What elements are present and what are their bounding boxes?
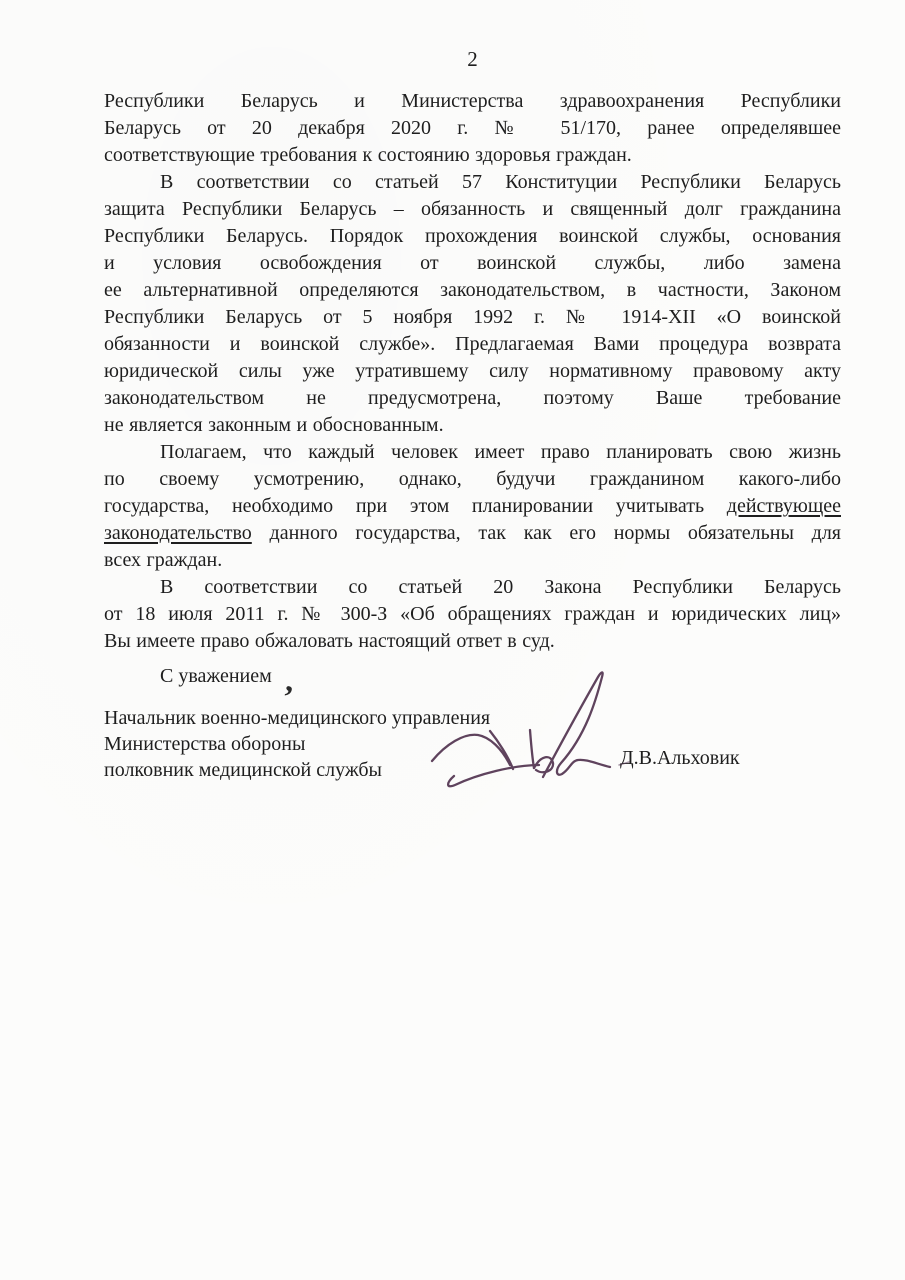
text-line: защита Республики Беларусь – обязанность… (104, 196, 841, 223)
page-number: 2 (104, 46, 841, 73)
text-line: по своему усмотрению, однако, будучи гра… (104, 466, 841, 493)
paragraph: В соответствии со статьей 57 Конституции… (104, 169, 841, 439)
text-line: Вы имеете право обжаловать настоящий отв… (104, 628, 841, 655)
paragraph: Полагаем, что каждый человек имеет право… (104, 439, 841, 574)
text-line: обязанности и воинской службе». Предлага… (104, 331, 841, 358)
text-line: и условия освобождения от воинской служб… (104, 250, 841, 277)
text-line: Республики Беларусь от 5 ноября 1992 г. … (104, 304, 841, 331)
text-line: Беларусь от 20 декабря 2020 г. № 51/170,… (104, 115, 841, 142)
text-line: не является законным и обоснованным. (104, 412, 841, 439)
paragraph: Республики Беларусь и Министерства здрав… (104, 88, 841, 169)
text-line: Республики Беларусь. Порядок прохождения… (104, 223, 841, 250)
text-line: Полагаем, что каждый человек имеет право… (104, 439, 841, 466)
text-line: Республики Беларусь и Министерства здрав… (104, 88, 841, 115)
text-line: ее альтернативной определяются законодат… (104, 277, 841, 304)
handwritten-signature (420, 655, 655, 805)
paragraph: В соответствии со статьей 20 Закона Респ… (104, 574, 841, 655)
text-line: В соответствии со статьей 57 Конституции… (104, 169, 841, 196)
text-line: юридической силы уже утратившему силу но… (104, 358, 841, 385)
text-segment: государства, необходимо при этом планиро… (104, 495, 704, 517)
text-line: от 18 июля 2011 г. № 300-З «Об обращения… (104, 601, 841, 628)
text-line: законодательством не предусмотрена, поэт… (104, 385, 841, 412)
text-line: государства, необходимо при этом планиро… (104, 493, 841, 520)
text-line: В соответствии со статьей 20 Закона Респ… (104, 574, 841, 601)
document-page: 2 Республики Беларусь и Министерства здр… (0, 0, 905, 1280)
text-segment: данного государства, так как его нормы о… (270, 522, 841, 544)
text-line: соответствующие требования к состоянию з… (104, 142, 841, 169)
underlined-text: законодательство (104, 522, 252, 544)
text-line: всех граждан. (104, 547, 841, 574)
text-line: законодательство данного государства, та… (104, 520, 841, 547)
underlined-text: действующее (727, 495, 841, 517)
